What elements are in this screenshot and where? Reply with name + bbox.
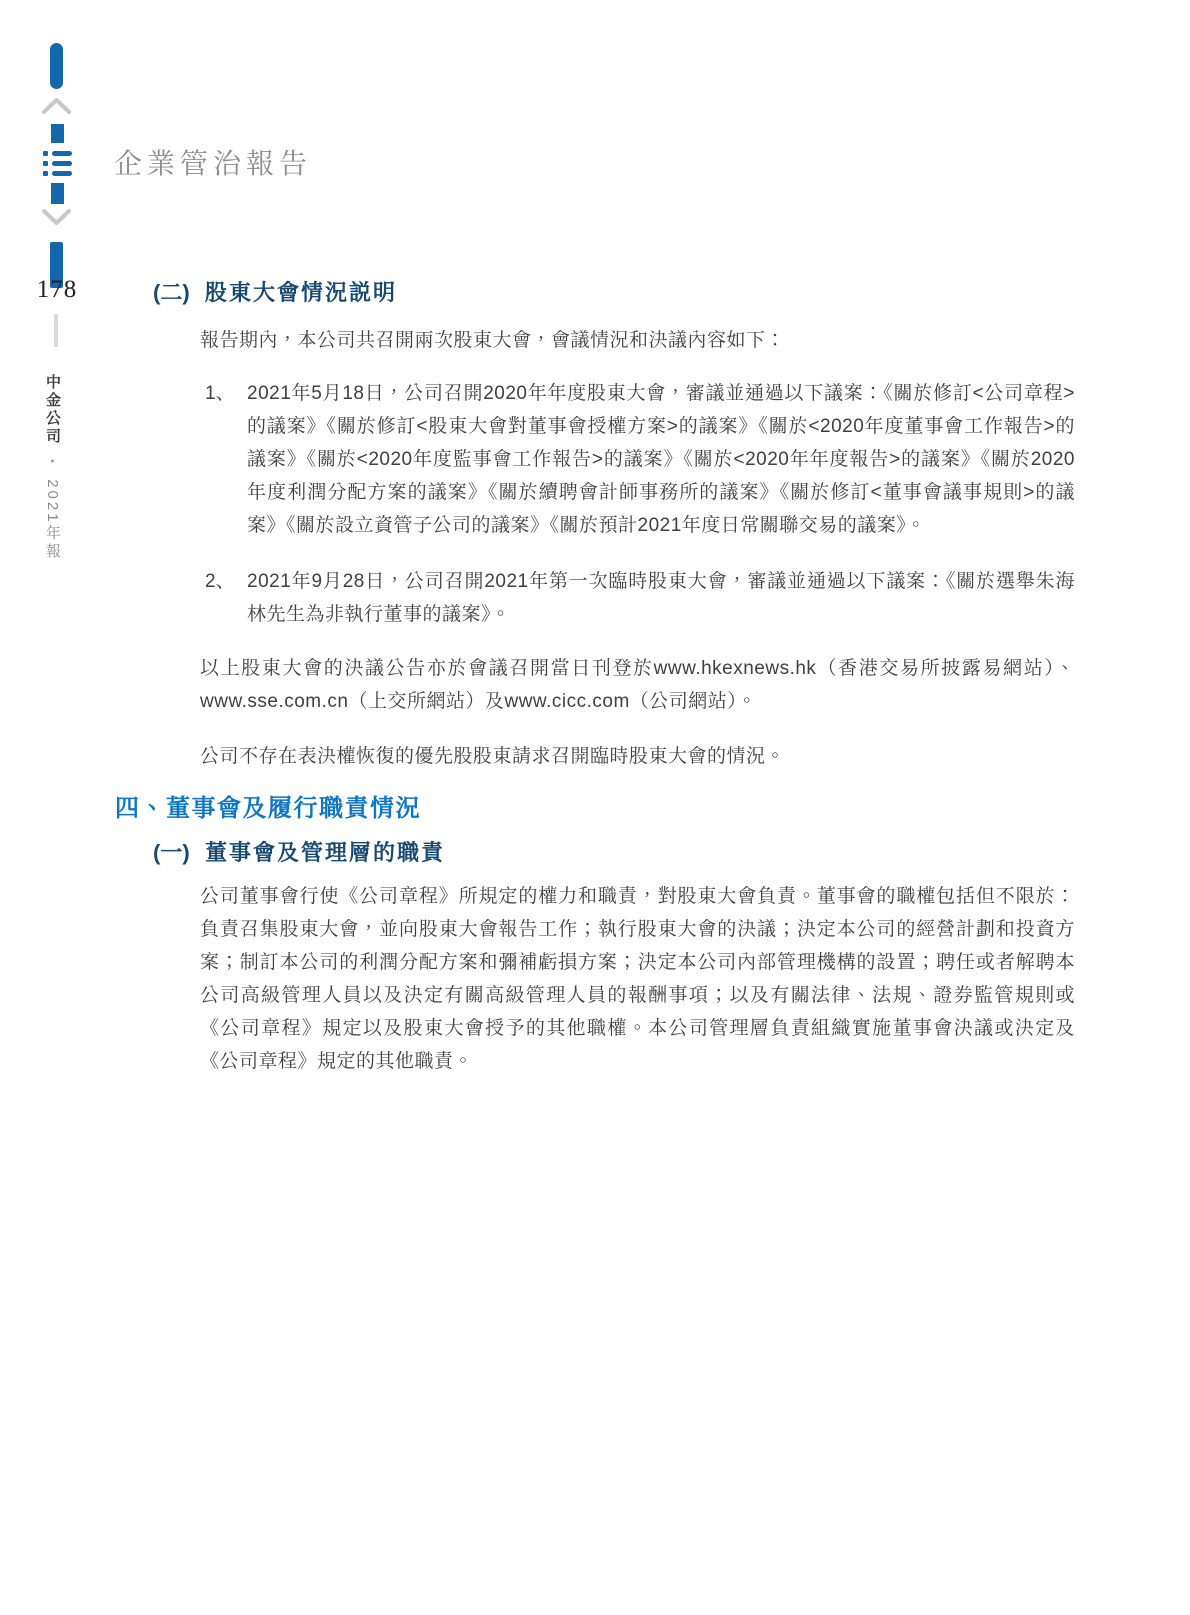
sidebar-vertical-text: 中金公司 • 2021年報 — [42, 374, 62, 604]
subsection-number: (一) — [153, 838, 190, 868]
left-sidebar: 178 中金公司 • 2021年報 — [0, 0, 110, 1615]
nav-square-top — [51, 124, 64, 143]
list-item-text: 2021年9月28日，公司召開2021年第一次臨時股東大會，審議並通過以下議案：… — [247, 565, 1075, 631]
nav-square-bottom — [51, 183, 64, 204]
subsection-title: 董事會及管理層的職責 — [205, 840, 445, 865]
list-item-agm: 1、 2021年5月18日，公司召開2020年年度股東大會，審議並通過以下議案：… — [200, 377, 1075, 542]
page-number: 178 — [34, 276, 80, 304]
main-content: (二) 股東大會情況説明 報告期內，本公司共召開兩次股東大會，會議情況和決議內容… — [200, 278, 1075, 1078]
list-row — [43, 151, 73, 156]
section-number: (二) — [153, 278, 190, 308]
list-item-egm: 2、 2021年9月28日，公司召開2021年第一次臨時股東大會，審議並通過以下… — [200, 565, 1075, 631]
table-of-contents-icon — [43, 150, 73, 178]
announcement-paragraph: 以上股東大會的決議公告亦於會議召開當日刊登於www.hkexnews.hk（香港… — [200, 652, 1075, 718]
company-name: 中金公司 — [44, 374, 61, 446]
report-year: 2021年報 — [44, 479, 61, 560]
intro-paragraph: 報告期內，本公司共召開兩次股東大會，會議情況和決議內容如下： — [200, 324, 1075, 357]
list-row — [43, 171, 73, 176]
board-responsibilities-paragraph: 公司董事會行使《公司章程》所規定的權力和職責，對股東大會負責。董事會的職權包括但… — [200, 880, 1075, 1078]
list-row — [43, 161, 73, 166]
chevron-up-icon — [41, 96, 72, 115]
top-accent-bar — [50, 43, 63, 89]
chapter-title: 企業管治報告 — [114, 142, 312, 182]
annual-report-page: 178 中金公司 • 2021年報 企業管治報告 (二) 股東大會情況説明 報告… — [0, 0, 1190, 1615]
section-heading-shareholders-meeting: (二) 股東大會情況説明 — [200, 278, 1075, 308]
chevron-down-icon — [41, 208, 72, 227]
section-heading-board-duties: 四、董事會及履行職責情況 — [115, 793, 1075, 825]
subsection-heading-board-responsibilities: (一) 董事會及管理層的職責 — [200, 838, 1075, 868]
list-item-text: 2021年5月18日，公司召開2020年年度股東大會，審議並通過以下議案：《關於… — [247, 377, 1075, 542]
list-item-number: 1、 — [205, 377, 235, 410]
list-item-number: 2、 — [205, 565, 235, 598]
separator-dot: • — [46, 459, 58, 466]
section-title: 股東大會情況説明 — [205, 280, 397, 305]
page-number-tick — [54, 314, 58, 347]
note-paragraph: 公司不存在表決權恢復的優先股股東請求召開臨時股東大會的情況。 — [200, 740, 1075, 773]
